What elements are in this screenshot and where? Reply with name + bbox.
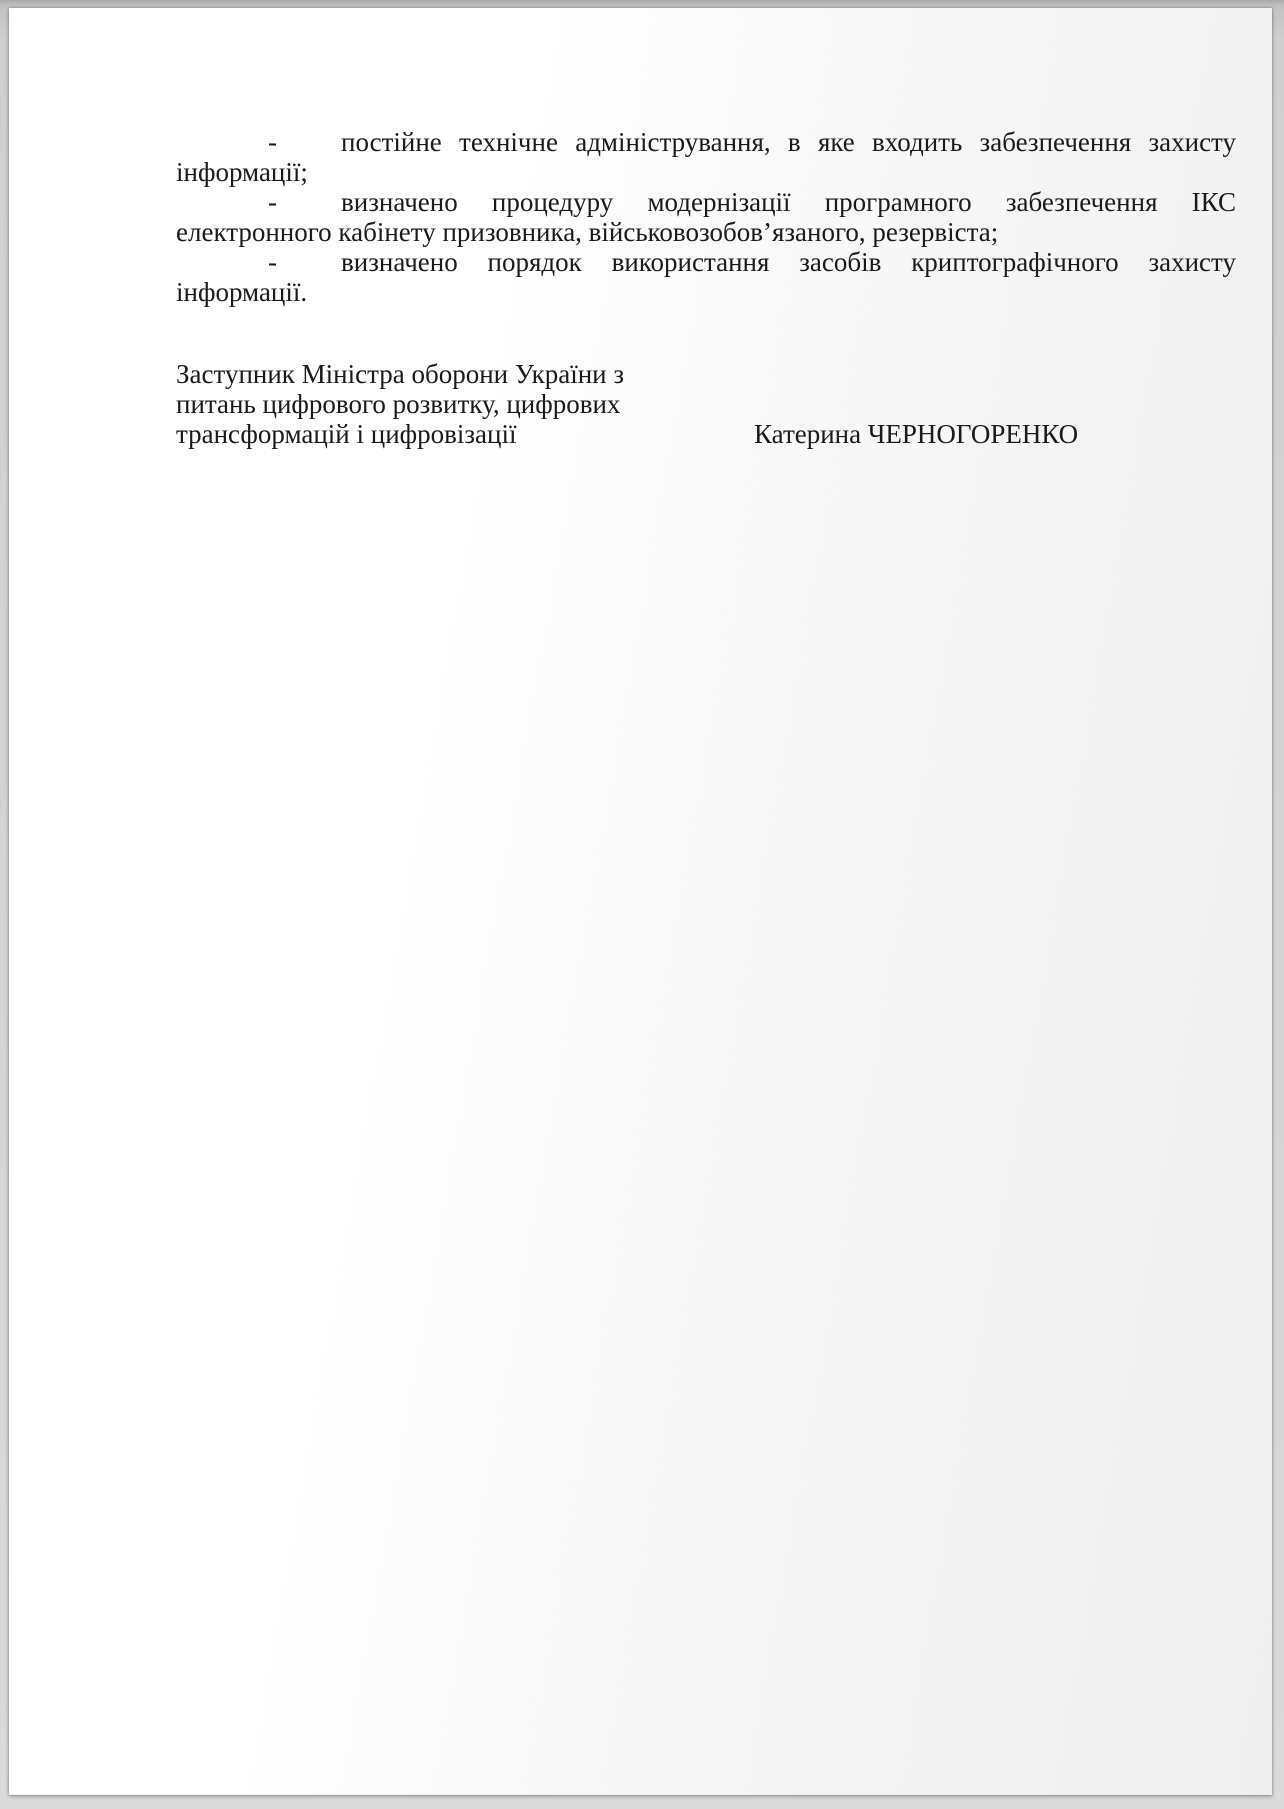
list-paragraph: -визначено процедуру модернізації програ… — [176, 187, 1236, 247]
signatory-position-line: Заступник Міністра оборони України з — [176, 359, 754, 389]
paragraph-text: постійне технічне адміністрування, в яке… — [176, 127, 1236, 187]
signature-block: Заступник Міністра оборони України з пит… — [176, 359, 1236, 449]
list-dash-marker: - — [268, 127, 277, 157]
scanned-document-page: -постійне технічне адміністрування, в як… — [9, 8, 1272, 1795]
document-content: -постійне технічне адміністрування, в як… — [176, 127, 1236, 449]
signatory-position-line: трансформацій і цифровізації — [176, 419, 754, 449]
signatory-position: Заступник Міністра оборони України з пит… — [176, 359, 754, 449]
list-paragraph: -визначено порядок використання засобів … — [176, 247, 1236, 307]
signatory-name: Катерина ЧЕРНОГОРЕНКО — [754, 419, 1078, 449]
signatory-position-line: питань цифрового розвитку, цифрових — [176, 389, 754, 419]
paragraph-text: визначено порядок використання засобів к… — [176, 247, 1236, 307]
list-dash-marker: - — [268, 187, 277, 217]
list-paragraph: -постійне технічне адміністрування, в як… — [176, 127, 1236, 187]
list-dash-marker: - — [268, 247, 277, 277]
paragraph-text: визначено процедуру модернізації програм… — [176, 187, 1236, 247]
